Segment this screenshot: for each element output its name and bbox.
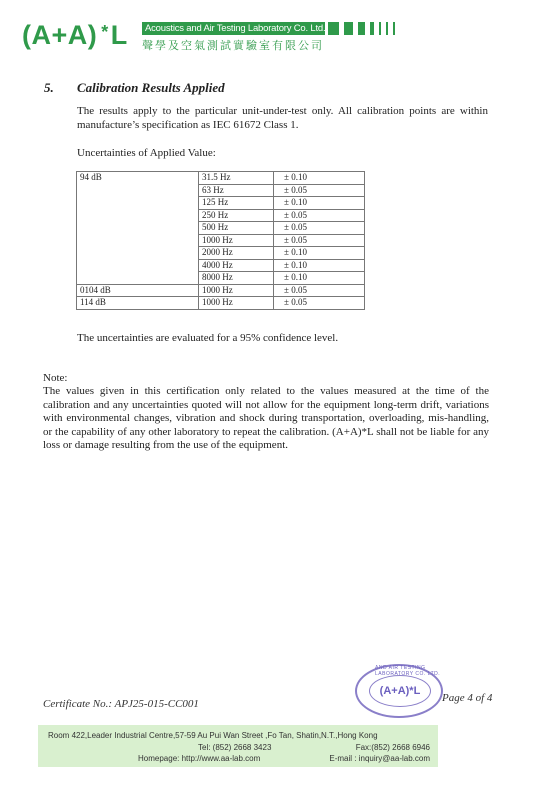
uncertainty-cell: ± 0.05: [274, 184, 365, 197]
frequency-cell: 500 Hz: [199, 222, 274, 235]
level-cell: 114 dB: [77, 297, 199, 310]
frequency-cell: 1000 Hz: [199, 284, 274, 297]
decorative-bars: [328, 22, 395, 35]
footer-email[interactable]: E-mail : inquiry@aa-lab.com: [329, 754, 430, 763]
uncertainty-cell: ± 0.05: [274, 284, 365, 297]
company-name-english: Acoustics and Air Testing Laboratory Co.…: [142, 22, 325, 35]
uncertainty-cell: ± 0.10: [274, 259, 365, 272]
table-row: 114 dB1000 Hz± 0.05: [77, 297, 365, 310]
uncertainty-cell: ± 0.05: [274, 297, 365, 310]
frequency-cell: 250 Hz: [199, 209, 274, 222]
level-cell: 0104 dB: [77, 284, 199, 297]
frequency-cell: 8000 Hz: [199, 272, 274, 285]
frequency-cell: 125 Hz: [199, 197, 274, 210]
logo-text: (A+A): [22, 20, 97, 50]
footer-address: Room 422,Leader Industrial Centre,57-59 …: [48, 731, 378, 740]
uncertainty-cell: ± 0.10: [274, 272, 365, 285]
uncertainty-cell: ± 0.10: [274, 197, 365, 210]
note-label: Note:: [43, 372, 489, 386]
uncertainty-cell: ± 0.10: [274, 247, 365, 260]
frequency-cell: 31.5 Hz: [199, 172, 274, 185]
uncertainty-table: 94 dB31.5 Hz± 0.1063 Hz± 0.05125 Hz± 0.1…: [76, 171, 365, 310]
frequency-cell: 1000 Hz: [199, 297, 274, 310]
uncertainty-cell: ± 0.05: [274, 222, 365, 235]
footer-fax: Fax:(852) 2668 6946: [356, 743, 430, 752]
table-caption: Uncertainties of Applied Value:: [77, 146, 488, 160]
footer-contact: Room 422,Leader Industrial Centre,57-59 …: [38, 725, 438, 767]
uncertainty-cell: ± 0.05: [274, 234, 365, 247]
confidence-statement: The uncertainties are evaluated for a 95…: [77, 331, 488, 345]
frequency-cell: 4000 Hz: [199, 259, 274, 272]
footer-tel: Tel: (852) 2668 3423: [198, 743, 271, 752]
frequency-cell: 63 Hz: [199, 184, 274, 197]
section-number: 5.: [44, 80, 54, 96]
uncertainty-cell: ± 0.10: [274, 172, 365, 185]
logo-suffix: L: [111, 20, 128, 50]
intro-paragraph: The results apply to the particular unit…: [77, 104, 488, 132]
table-row: 94 dB31.5 Hz± 0.10: [77, 172, 365, 185]
frequency-cell: 2000 Hz: [199, 247, 274, 260]
frequency-cell: 1000 Hz: [199, 234, 274, 247]
note-text: The values given in this certification o…: [43, 385, 489, 453]
logo-star: *: [101, 22, 109, 42]
stamp-text: (A+A)*L: [369, 675, 431, 707]
page-number: Page 4 of 4: [442, 692, 492, 704]
section-title: Calibration Results Applied: [77, 80, 225, 96]
company-logo: (A+A)*L: [22, 20, 128, 51]
uncertainty-cell: ± 0.05: [274, 209, 365, 222]
level-cell: 94 dB: [77, 172, 199, 285]
table-row: 0104 dB1000 Hz± 0.05: [77, 284, 365, 297]
footer-homepage[interactable]: Homepage: http://www.aa-lab.com: [138, 754, 260, 763]
company-name-chinese: 聲學及空氣測試實驗室有限公司: [142, 37, 324, 53]
lab-stamp: AND AIR TESTING LABORATORY CO. LTD. (A+A…: [355, 664, 443, 718]
certificate-number: Certificate No.: APJ25-015-CC001: [43, 698, 199, 710]
